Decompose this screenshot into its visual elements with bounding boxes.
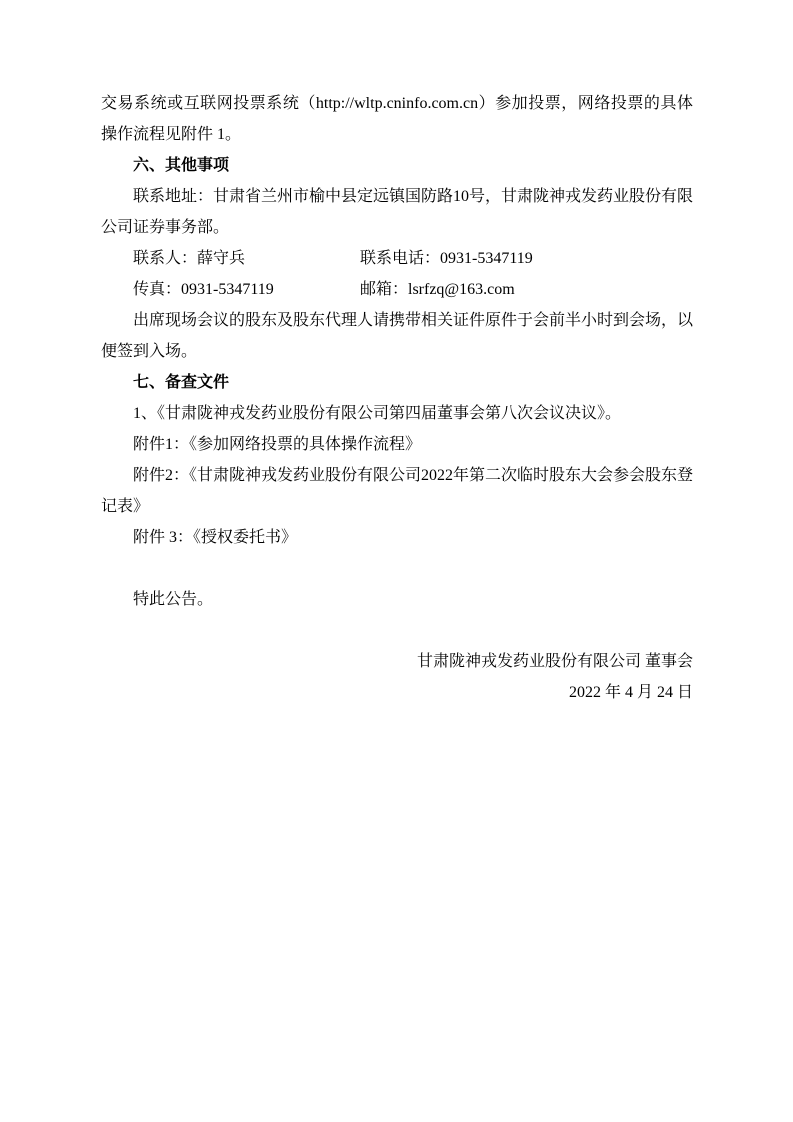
closing-statement: 特此公告。 <box>101 584 693 615</box>
date-line: 2022 年 4 月 24 日 <box>101 677 693 708</box>
contact-address: 联系地址：甘肃省兰州市榆中县定远镇国防路10号，甘肃陇神戎发药业股份有限公司证券… <box>101 181 693 243</box>
continuation-paragraph: 交易系统或互联网投票系统（http://wltp.cninfo.com.cn）参… <box>101 88 693 150</box>
contact-row-1: 联系人：薛守兵 联系电话：0931-5347119 <box>101 243 693 274</box>
contact-fax: 传真：0931-5347119 <box>133 281 274 298</box>
document-page: 交易系统或互联网投票系统（http://wltp.cninfo.com.cn）参… <box>0 0 793 1122</box>
document-body: 交易系统或互联网投票系统（http://wltp.cninfo.com.cn）参… <box>101 88 693 708</box>
section-seven-heading: 七、备查文件 <box>101 367 693 398</box>
section-six-heading: 六、其他事项 <box>101 150 693 181</box>
contact-row-2: 传真：0931-5347119 邮箱：lsrfzq@163.com <box>101 274 693 305</box>
attachment-2: 附件2：《甘肃陇神戎发药业股份有限公司2022年第二次临时股东大会参会股东登记表… <box>101 460 693 522</box>
review-document-item-1: 1、《甘肃陇神戎发药业股份有限公司第四届董事会第八次会议决议》。 <box>101 398 693 429</box>
attachment-1: 附件1：《参加网络投票的具体操作流程》 <box>101 429 693 460</box>
attendance-note: 出席现场会议的股东及股东代理人请携带相关证件原件于会前半小时到会场，以便签到入场… <box>101 305 693 367</box>
contact-phone: 联系电话：0931-5347119 <box>360 243 533 274</box>
contact-person: 联系人：薛守兵 <box>133 250 245 267</box>
attachment-3: 附件 3：《授权委托书》 <box>101 522 693 553</box>
contact-email: 邮箱：lsrfzq@163.com <box>360 274 515 305</box>
signature-line: 甘肃陇神戎发药业股份有限公司 董事会 <box>101 646 693 677</box>
